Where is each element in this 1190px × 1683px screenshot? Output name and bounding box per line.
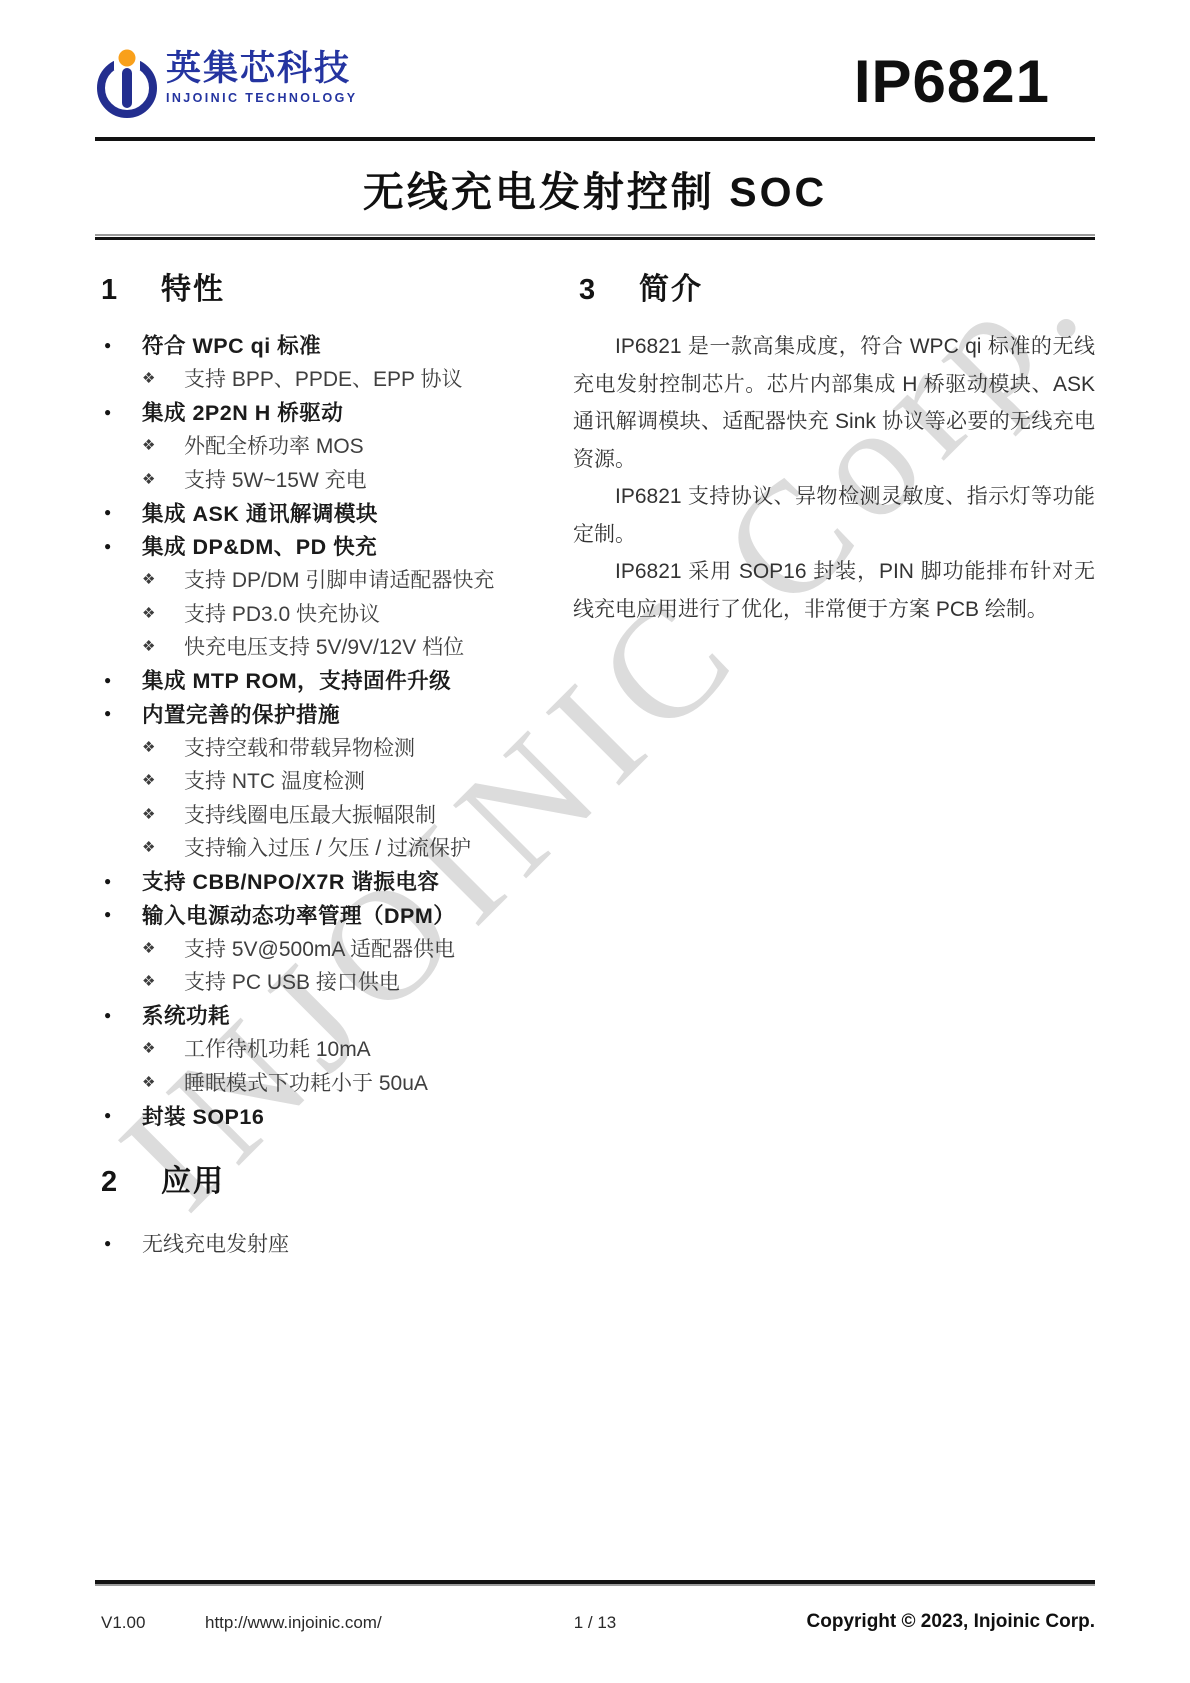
applications-list: ●无线充电发射座 <box>95 1226 543 1260</box>
feature-subitem: ❖支持输入过压 / 欠压 / 过流保护 <box>95 831 543 865</box>
diamond-bullet-icon: ❖ <box>142 738 184 756</box>
feature-label: 内置完善的保护措施 <box>142 698 340 729</box>
features-list: ●符合 WPC qi 标准❖支持 BPP、PPDE、EPP 协议●集成 2P2N… <box>95 328 543 1132</box>
part-number: IP6821 <box>854 52 1050 112</box>
logo-dot <box>119 50 136 67</box>
diamond-bullet-icon: ❖ <box>142 436 184 454</box>
intro-paragraph: IP6821 支持协议、异物检测灵敏度、指示灯等功能定制。 <box>573 478 1095 553</box>
bullet-icon: ● <box>95 1236 142 1250</box>
feature-subitem: ❖睡眠模式下功耗小于 50uA <box>95 1065 543 1099</box>
logo-company-name: 英集芯科技 <box>166 48 357 90</box>
feature-subitem-label: 外配全桥功率 MOS <box>184 430 364 460</box>
feature-subitem: ❖支持 NTC 温度检测 <box>95 764 543 798</box>
feature-label: 支持 CBB/NPO/X7R 谐振电容 <box>142 865 439 896</box>
feature-subitem: ❖支持 BPP、PPDE、EPP 协议 <box>95 362 543 396</box>
main-columns: 1 特性 ●符合 WPC qi 标准❖支持 BPP、PPDE、EPP 协议●集成… <box>95 264 1095 1260</box>
feature-item: ●集成 DP&DM、PD 快充 <box>95 529 543 563</box>
application-item: ●无线充电发射座 <box>95 1226 543 1260</box>
applications-heading: 2 应用 <box>95 1156 543 1200</box>
bullet-icon: ● <box>95 505 142 519</box>
feature-subitem-label: 支持 PD3.0 快充协议 <box>184 598 380 628</box>
intro-section-number: 3 <box>573 274 639 307</box>
feature-subitem: ❖支持 PD3.0 快充协议 <box>95 596 543 630</box>
feature-subitem: ❖工作待机功耗 10mA <box>95 1032 543 1066</box>
bullet-icon: ● <box>95 539 142 553</box>
company-logo: 英集芯科技 INJOINIC TECHNOLOGY <box>95 46 357 120</box>
diamond-bullet-icon: ❖ <box>142 604 184 622</box>
feature-subitem: ❖支持 5V@500mA 适配器供电 <box>95 931 543 965</box>
feature-subitem: ❖外配全桥功率 MOS <box>95 429 543 463</box>
datasheet-page: INJOINIC Corp. 英集芯科技 INJOINIC TECHNOLOGY… <box>0 0 1190 1683</box>
logo-stem <box>122 68 132 108</box>
feature-subitem-label: 支持 PC USB 接口供电 <box>184 966 400 996</box>
diamond-bullet-icon: ❖ <box>142 972 184 990</box>
intro-paragraph: IP6821 是一款高集成度，符合 WPC qi 标准的无线充电发射控制芯片。芯… <box>573 328 1095 478</box>
bullet-icon: ● <box>95 874 142 888</box>
bullet-icon: ● <box>95 907 142 921</box>
logo-icon <box>95 46 159 120</box>
feature-subitem-label: 支持 NTC 温度检测 <box>184 765 365 795</box>
diamond-bullet-icon: ❖ <box>142 470 184 488</box>
bullet-icon: ● <box>95 1108 142 1122</box>
feature-subitem-label: 支持 5V@500mA 适配器供电 <box>184 933 455 963</box>
copyright-notice: Copyright © 2023, Injoinic Corp. <box>807 1611 1095 1633</box>
intro-paragraphs: IP6821 是一款高集成度，符合 WPC qi 标准的无线充电发射控制芯片。芯… <box>573 328 1095 628</box>
feature-subitem: ❖支持 5W~15W 充电 <box>95 462 543 496</box>
feature-item: ●集成 ASK 通讯解调模块 <box>95 496 543 530</box>
feature-subitem: ❖支持 PC USB 接口供电 <box>95 965 543 999</box>
feature-label: 集成 DP&DM、PD 快充 <box>142 530 377 561</box>
features-section-title: 特性 <box>161 264 225 308</box>
feature-subitem-label: 睡眠模式下功耗小于 50uA <box>184 1067 428 1097</box>
feature-subitem-label: 支持空载和带载异物检测 <box>184 732 415 762</box>
bullet-icon: ● <box>95 338 142 352</box>
feature-item: ●符合 WPC qi 标准 <box>95 328 543 362</box>
feature-label: 系统功耗 <box>142 999 230 1030</box>
applications-section-title: 应用 <box>161 1156 225 1200</box>
feature-subitem-label: 支持 5W~15W 充电 <box>184 464 367 494</box>
features-heading: 1 特性 <box>95 264 543 308</box>
feature-label: 符合 WPC qi 标准 <box>142 329 321 360</box>
diamond-bullet-icon: ❖ <box>142 1039 184 1057</box>
feature-item: ●集成 2P2N H 桥驱动 <box>95 395 543 429</box>
title-divider <box>95 234 1095 240</box>
diamond-bullet-icon: ❖ <box>142 939 184 957</box>
page-footer: V1.00 http://www.injoinic.com/ 1 / 13 Co… <box>95 1580 1095 1635</box>
feature-item: ●集成 MTP ROM，支持固件升级 <box>95 663 543 697</box>
feature-subitem-label: 支持输入过压 / 欠压 / 过流保护 <box>184 832 471 862</box>
features-section-number: 1 <box>95 274 161 307</box>
left-column: 1 特性 ●符合 WPC qi 标准❖支持 BPP、PPDE、EPP 协议●集成… <box>95 264 543 1260</box>
feature-label: 集成 ASK 通讯解调模块 <box>142 497 378 528</box>
feature-item: ●支持 CBB/NPO/X7R 谐振电容 <box>95 864 543 898</box>
intro-section-title: 简介 <box>639 264 703 308</box>
feature-item: ●内置完善的保护措施 <box>95 697 543 731</box>
intro-paragraph: IP6821 采用 SOP16 封装，PIN 脚功能排布针对无线充电应用进行了优… <box>573 553 1095 628</box>
feature-subitem: ❖快充电压支持 5V/9V/12V 档位 <box>95 630 543 664</box>
diamond-bullet-icon: ❖ <box>142 1073 184 1091</box>
feature-subitem: ❖支持线圈电压最大振幅限制 <box>95 797 543 831</box>
logo-text: 英集芯科技 INJOINIC TECHNOLOGY <box>166 46 357 105</box>
document-title: 无线充电发射控制 SOC <box>95 141 1095 234</box>
diamond-bullet-icon: ❖ <box>142 838 184 856</box>
feature-label: 输入电源动态功率管理（DPM） <box>142 899 455 930</box>
bullet-icon: ● <box>95 405 142 419</box>
feature-label: 封装 SOP16 <box>142 1100 264 1131</box>
bullet-icon: ● <box>95 1008 142 1022</box>
diamond-bullet-icon: ❖ <box>142 637 184 655</box>
diamond-bullet-icon: ❖ <box>142 805 184 823</box>
feature-subitem-label: 快充电压支持 5V/9V/12V 档位 <box>184 631 464 661</box>
feature-subitem-label: 支持 DP/DM 引脚申请适配器快充 <box>184 564 494 594</box>
diamond-bullet-icon: ❖ <box>142 570 184 588</box>
bullet-icon: ● <box>95 706 142 720</box>
feature-label: 集成 2P2N H 桥驱动 <box>142 396 343 427</box>
feature-item: ●输入电源动态功率管理（DPM） <box>95 898 543 932</box>
intro-heading: 3 简介 <box>573 264 1095 308</box>
feature-subitem-label: 支持线圈电压最大振幅限制 <box>184 799 436 829</box>
diamond-bullet-icon: ❖ <box>142 771 184 789</box>
right-column: 3 简介 IP6821 是一款高集成度，符合 WPC qi 标准的无线充电发射控… <box>573 264 1095 1260</box>
feature-item: ●系统功耗 <box>95 998 543 1032</box>
feature-subitem-label: 支持 BPP、PPDE、EPP 协议 <box>184 363 463 393</box>
feature-subitem: ❖支持 DP/DM 引脚申请适配器快充 <box>95 563 543 597</box>
diamond-bullet-icon: ❖ <box>142 369 184 387</box>
feature-subitem-label: 工作待机功耗 10mA <box>184 1033 371 1063</box>
bullet-icon: ● <box>95 673 142 687</box>
feature-label: 集成 MTP ROM，支持固件升级 <box>142 664 451 695</box>
feature-subitem: ❖支持空载和带载异物检测 <box>95 730 543 764</box>
feature-item: ●封装 SOP16 <box>95 1099 543 1133</box>
logo-company-subtitle: INJOINIC TECHNOLOGY <box>166 91 357 105</box>
page-header: 英集芯科技 INJOINIC TECHNOLOGY IP6821 <box>95 0 1095 130</box>
application-label: 无线充电发射座 <box>142 1228 289 1258</box>
applications-section-number: 2 <box>95 1166 161 1199</box>
